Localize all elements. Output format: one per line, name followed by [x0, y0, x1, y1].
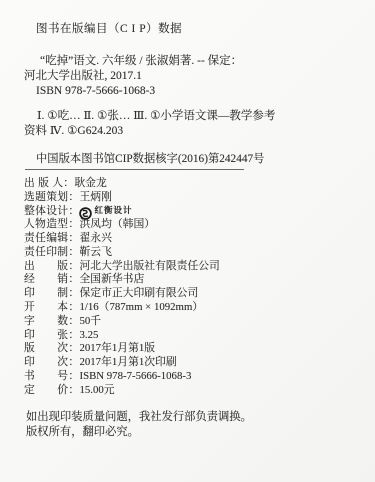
- colophon-label: 选题策划：: [24, 191, 79, 205]
- colophon-row-impression: 印 次：2017年1月第1次印刷: [24, 356, 357, 370]
- colophon-value: 翟永兴: [79, 232, 111, 244]
- colophon-row-format: 开 本：1/16（787mm × 1092mm）: [24, 301, 357, 315]
- colophon-label: 开 本：: [24, 301, 79, 315]
- cip-entry-line: 河北大学出版社, 2017.1: [24, 69, 357, 84]
- cip-classification: Ⅰ. ①吃… Ⅱ. ①张… Ⅲ. ①小学语文课—教学参考 资料 Ⅳ. ①G624…: [24, 109, 357, 140]
- colophon-value: 50千: [79, 315, 101, 327]
- colophon-row-word-count: 字 数：50千: [24, 315, 357, 329]
- cip-title: 图书在版编目（C I P）数据: [36, 22, 357, 37]
- colophon-value: 河北大学出版社有限责任公司: [79, 260, 219, 272]
- colophon-value: 1/16（787mm × 1092mm）: [79, 301, 203, 313]
- colophon-row-responsible-editor: 责任编辑：翟永兴: [24, 232, 357, 246]
- colophon-row-character-design: 人物造型：洪凤均（韩国）: [24, 218, 357, 232]
- colophon-value: 靳云飞: [79, 246, 111, 258]
- colophon-label: 版 次：: [24, 342, 79, 356]
- colophon-row-sheets: 印 张：3.25: [24, 329, 357, 343]
- colophon-row-printer: 印 制：保定市正大印刷有限公司: [24, 287, 357, 301]
- design-studio-name: 红衡设计: [94, 205, 132, 215]
- colophon-label: 出 版 人：: [24, 177, 74, 191]
- colophon-row-publisher-person: 出 版 人：耿金龙: [24, 177, 357, 191]
- colophon-row-print-supervisor: 责任印制：靳云飞: [24, 246, 357, 260]
- colophon-label: 印 张：: [24, 329, 79, 343]
- colophon-row-distributor: 经 销：全国新华书店: [24, 273, 357, 287]
- notices: 如出现印装质量问题，我社发行部负责调换。 版权所有，翻印必究。: [24, 410, 357, 441]
- colophon-label: 经 销：: [24, 273, 79, 287]
- colophon-label: 印 次：: [24, 356, 79, 370]
- colophon-value: 15.00元: [79, 384, 114, 396]
- copyright-page: 图书在版编目（C I P）数据 “吃掉”语文. 六年级 / 张淑娟著. -- 保…: [0, 0, 375, 482]
- colophon-value: 王炳刚: [79, 191, 111, 203]
- colophon-value: 耿金龙: [74, 177, 106, 189]
- colophon-value: 2017年1月第1次印刷: [79, 356, 176, 368]
- colophon-value: 3.25: [79, 329, 98, 341]
- quality-notice: 如出现印装质量问题，我社发行部负责调换。: [26, 410, 357, 426]
- colophon-row-edition: 版 次：2017年1月第1版: [24, 342, 357, 356]
- colophon-value: 保定市正大印刷有限公司: [79, 287, 198, 299]
- cip-entry-line: “吃掉”语文. 六年级 / 张淑娟著. -- 保定：: [24, 54, 357, 69]
- colophon-row-topic-planner: 选题策划：王炳刚: [24, 191, 357, 205]
- colophon-value: ISBN 978-7-5666-1068-3: [79, 370, 191, 382]
- cip-catalog-entry: “吃掉”语文. 六年级 / 张淑娟著. -- 保定： 河北大学出版社, 2017…: [24, 54, 357, 98]
- colophon-value: 2017年1月第1版: [79, 342, 155, 354]
- colophon-label: 人物造型：: [24, 218, 79, 232]
- cip-record-number: 中国版本图书馆CIP数据核字(2016)第242447号: [24, 152, 357, 167]
- colophon-row-publisher: 出 版：河北大学出版社有限责任公司: [24, 260, 357, 274]
- colophon-label: 书 号：: [24, 370, 79, 384]
- colophon-list: 出 版 人：耿金龙 选题策划：王炳刚 整体设计：红衡设计 人物造型：洪凤均（韩国…: [24, 177, 357, 398]
- colophon-label: 定 价：: [24, 384, 79, 398]
- colophon-value: 全国新华书店: [79, 273, 144, 285]
- divider-line: [25, 169, 244, 170]
- colophon-value: 洪凤均（韩国）: [79, 218, 155, 230]
- colophon-row-overall-design: 整体设计：红衡设计: [24, 204, 357, 218]
- colophon-label: 责任印制：: [24, 246, 79, 260]
- colophon-label: 字 数：: [24, 315, 79, 329]
- classification-line: Ⅰ. ①吃… Ⅱ. ①张… Ⅲ. ①小学语文课—教学参考: [24, 109, 357, 125]
- copyright-notice: 版权所有，翻印必究。: [26, 425, 357, 441]
- cip-entry-isbn: ISBN 978-7-5666-1068-3: [24, 84, 357, 99]
- colophon-label: 印 制：: [24, 287, 79, 301]
- colophon-row-isbn: 书 号：ISBN 978-7-5666-1068-3: [24, 370, 357, 384]
- colophon-row-price: 定 价：15.00元: [24, 384, 357, 398]
- classification-line: 资料 Ⅳ. ①G624.203: [24, 124, 357, 140]
- colophon-label: 责任编辑：: [24, 232, 79, 246]
- colophon-label: 出 版：: [24, 260, 79, 274]
